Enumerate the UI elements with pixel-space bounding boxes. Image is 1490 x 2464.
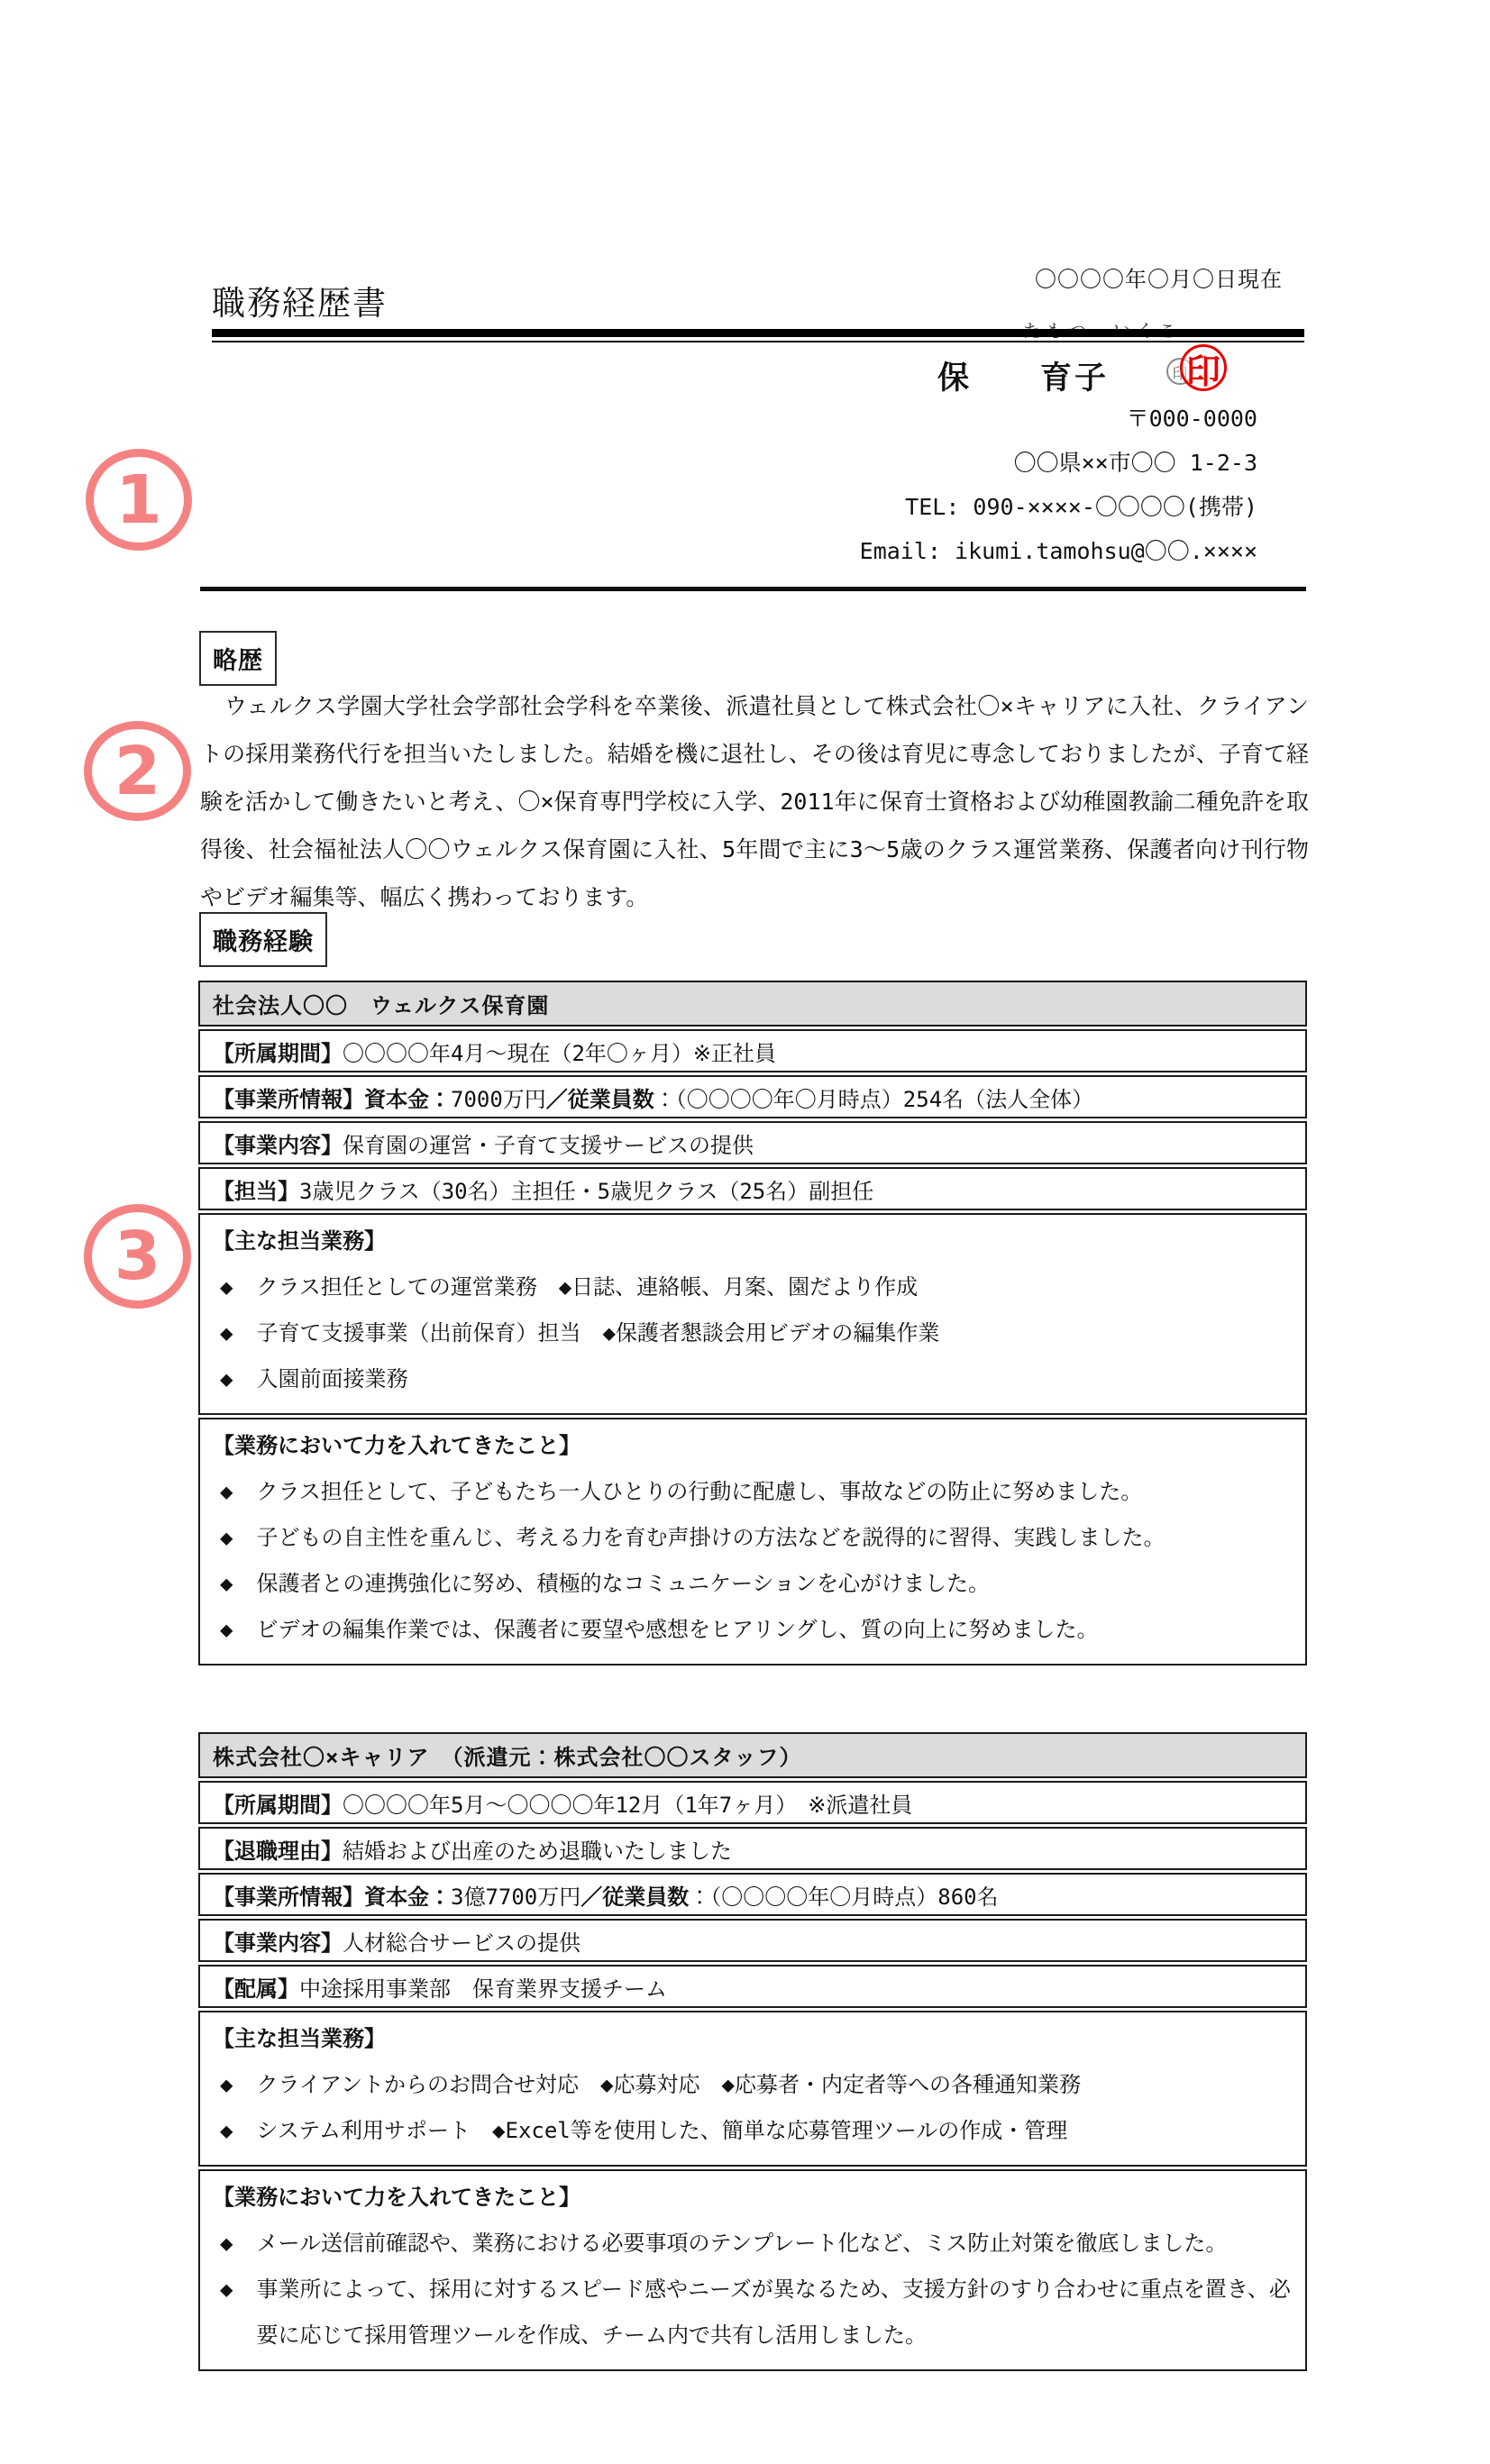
- table-row: 【事業所情報】資本金：7000万円／従業員数：（〇〇〇〇年〇月時点）254名（法…: [198, 1075, 1307, 1118]
- company-header-row: 株式会社〇×キャリア （派遣元：株式会社〇〇スタッフ）: [198, 1732, 1307, 1778]
- bullet-text: クラス担任としての運営業務 ◆日誌、連絡帳、月案、園だより作成: [256, 1264, 918, 1310]
- table-section-row: 【業務において力を入れてきたこと】◆クラス担任として、子どもたち一人ひとりの行動…: [198, 1418, 1307, 1665]
- table-section-row: 【業務において力を入れてきたこと】◆メール送信前確認や、業務における必要事項のテ…: [198, 2169, 1307, 2371]
- bullet-text: クライアントからのお問合せ対応 ◆応募対応 ◆応募者・内定者等への各種通知業務: [256, 2062, 1081, 2108]
- annotation-circle-1: 1: [86, 449, 192, 551]
- resume-page: 〇〇〇〇年〇月〇日現在 職務経歴書 たもつ いくこ 保 育子 印 印 〒000-…: [0, 0, 1490, 2464]
- table-row: 【退職理由】結婚および出産のため退職いたしました: [198, 1827, 1307, 1870]
- email-address: Email: ikumi.tamohsu@〇〇.××××: [860, 534, 1257, 566]
- bullet-line: ◆システム利用サポート ◆Excel等を使用した、簡単な応募管理ツールの作成・管…: [213, 2108, 1293, 2154]
- section-label: 【業務において力を入れてきたこと】: [213, 1423, 1293, 1469]
- postal-code: 〒000-0000: [1127, 401, 1257, 433]
- row-text-segment: 中途採用事業部 保育業界支援チーム: [299, 1971, 667, 2003]
- row-text-segment: 【配属】: [213, 1971, 299, 2003]
- bullet-text: メール送信前確認や、業務における必要事項のテンプレート化など、ミス防止対策を徹底…: [256, 2221, 1227, 2267]
- bullet-text: 子育て支援事業（出前保育）担当 ◆保護者懇談会用ビデオの編集作業: [256, 1310, 939, 1356]
- experience-tables: 社会法人〇〇 ウェルクス保育園【所属期間】〇〇〇〇年4月～現在（2年〇ヶ月）※正…: [198, 981, 1307, 2371]
- table-row: 【配属】中途採用事業部 保育業界支援チーム: [198, 1965, 1307, 2008]
- table-section-row: 【主な担当業務】◆クライアントからのお問合せ対応 ◆応募対応 ◆応募者・内定者等…: [198, 2011, 1307, 2167]
- row-text-segment: 従業員数: [602, 1879, 689, 1911]
- bullet-diamond-icon: ◆: [220, 1469, 233, 1515]
- row-text-segment: 資本金：: [364, 1081, 451, 1113]
- table-row: 【所属期間】〇〇〇〇年5月～〇〇〇〇年12月（1年7ヶ月） ※派遣社員: [198, 1781, 1307, 1824]
- bullet-line: ◆クライアントからのお問合せ対応 ◆応募対応 ◆応募者・内定者等への各種通知業務: [213, 2062, 1293, 2108]
- section-label: 【主な担当業務】: [213, 2016, 1293, 2062]
- bullet-line: ◆子育て支援事業（出前保育）担当 ◆保護者懇談会用ビデオの編集作業: [213, 1310, 1293, 1356]
- bullet-line: ◆ビデオの編集作業では、保護者に要望や感想をヒアリングし、質の向上に努めました。: [213, 1607, 1293, 1653]
- row-text-segment: 【所属期間】: [213, 1787, 343, 1819]
- summary-paragraph: ウェルクス学園大学社会学部社会学科を卒業後、派遣社員として株式会社〇×キャリアに…: [200, 682, 1309, 921]
- seal-area: 印 印: [1166, 344, 1233, 398]
- bullet-line: ◆クラス担任としての運営業務 ◆日誌、連絡帳、月案、園だより作成: [213, 1264, 1293, 1310]
- bullet-diamond-icon: ◆: [220, 1515, 233, 1561]
- row-text-segment: 【事業内容】: [213, 1925, 343, 1957]
- table-row: 【所属期間】〇〇〇〇年4月～現在（2年〇ヶ月）※正社員: [198, 1029, 1307, 1072]
- bullet-line: ◆入園前面接業務: [213, 1356, 1293, 1402]
- row-text-segment: ／: [580, 1879, 602, 1911]
- bullet-diamond-icon: ◆: [220, 2221, 233, 2267]
- bullet-text: 事業所によって、採用に対するスピード感やニーズが異なるため、支援方針のすり合わせ…: [256, 2267, 1293, 2359]
- row-text-segment: 結婚および出産のため退職いたしました: [343, 1833, 732, 1865]
- bullet-text: ビデオの編集作業では、保護者に要望や感想をヒアリングし、質の向上に努めました。: [256, 1607, 1098, 1653]
- row-text-segment: 【退職理由】: [213, 1833, 343, 1865]
- row-text-segment: 保育園の運営・子育て支援サービスの提供: [343, 1127, 754, 1159]
- row-text-segment: 【事業所情報】: [213, 1879, 364, 1911]
- bullet-text: システム利用サポート ◆Excel等を使用した、簡単な応募管理ツールの作成・管理: [256, 2108, 1067, 2154]
- row-text-segment: 資本金：: [364, 1879, 451, 1911]
- company-header-row: 社会法人〇〇 ウェルクス保育園: [198, 981, 1307, 1027]
- annotation-circle-2: 2: [84, 721, 191, 821]
- summary-section-label: 略歴: [199, 631, 277, 686]
- bullet-text: クラス担任として、子どもたち一人ひとりの行動に配慮し、事故などの防止に努めました…: [256, 1469, 1142, 1515]
- bullet-text: 子どもの自主性を重んじ、考える力を育む声掛けの方法などを説得的に習得、実践しまし…: [256, 1515, 1165, 1561]
- red-hanko-stamp-icon: 印: [1180, 344, 1227, 391]
- bullet-diamond-icon: ◆: [220, 2108, 233, 2154]
- row-text-segment: ：（〇〇〇〇年〇月時点）860名: [689, 1879, 998, 1911]
- bullet-diamond-icon: ◆: [220, 1264, 233, 1310]
- bullet-diamond-icon: ◆: [220, 2062, 233, 2108]
- row-text-segment: 従業員数: [568, 1081, 654, 1113]
- page-title: 職務経歴書: [212, 276, 388, 324]
- table-row: 【担当】3歳児クラス（30名）主担任・5歳児クラス（25名）副担任: [198, 1167, 1307, 1210]
- company-table: 株式会社〇×キャリア （派遣元：株式会社〇〇スタッフ）【所属期間】〇〇〇〇年5月…: [198, 1732, 1307, 2371]
- bullet-text: 入園前面接業務: [256, 1356, 407, 1402]
- address: 〇〇県××市〇〇 1-2-3: [1014, 445, 1257, 478]
- table-row: 【事業内容】人材総合サービスの提供: [198, 1919, 1307, 1962]
- table-row: 【事業所情報】資本金：3億7700万円／従業員数：（〇〇〇〇年〇月時点）860名: [198, 1873, 1307, 1916]
- row-text-segment: ／: [546, 1081, 568, 1113]
- section-label: 【業務において力を入れてきたこと】: [213, 2175, 1293, 2221]
- row-text-segment: 〇〇〇〇年5月～〇〇〇〇年12月（1年7ヶ月） ※派遣社員: [343, 1787, 912, 1819]
- row-text-segment: 〇〇〇〇年4月～現在（2年〇ヶ月）※正社員: [343, 1036, 776, 1067]
- bullet-text: 保護者との連携強化に努め、積極的なコミュニケーションを心がけました。: [256, 1561, 990, 1607]
- row-text-segment: 3億7700万円: [451, 1879, 580, 1911]
- bullet-line: ◆クラス担任として、子どもたち一人ひとりの行動に配慮し、事故などの防止に努めまし…: [213, 1469, 1293, 1515]
- row-text-segment: 人材総合サービスの提供: [343, 1925, 580, 1957]
- row-text-segment: 【事業所情報】: [213, 1081, 364, 1113]
- section-label: 【主な担当業務】: [213, 1218, 1293, 1264]
- row-text-segment: 3歳児クラス（30名）主担任・5歳児クラス（25名）副担任: [299, 1173, 873, 1205]
- bullet-diamond-icon: ◆: [220, 1356, 233, 1402]
- bullet-diamond-icon: ◆: [220, 1561, 233, 1607]
- row-text-segment: 【所属期間】: [213, 1036, 343, 1067]
- bullet-line: ◆メール送信前確認や、業務における必要事項のテンプレート化など、ミス防止対策を徹…: [213, 2221, 1293, 2267]
- company-table: 社会法人〇〇 ウェルクス保育園【所属期間】〇〇〇〇年4月～現在（2年〇ヶ月）※正…: [198, 981, 1307, 1665]
- current-date-note: 〇〇〇〇年〇月〇日現在: [1035, 261, 1283, 293]
- table-row: 【事業内容】保育園の運営・子育て支援サービスの提供: [198, 1121, 1307, 1164]
- bullet-diamond-icon: ◆: [220, 2267, 233, 2313]
- applicant-name: 保 育子: [937, 353, 1109, 398]
- bullet-diamond-icon: ◆: [220, 1310, 233, 1356]
- bullet-diamond-icon: ◆: [220, 1607, 233, 1653]
- row-text-segment: 【事業内容】: [213, 1127, 343, 1159]
- section-divider-rule: [200, 587, 1306, 591]
- bullet-line: ◆事業所によって、採用に対するスピード感やニーズが異なるため、支援方針のすり合わ…: [213, 2267, 1293, 2359]
- title-double-rule: [212, 329, 1304, 342]
- row-text-segment: 【担当】: [213, 1173, 299, 1205]
- row-text-segment: ：（〇〇〇〇年〇月時点）254名（法人全体）: [654, 1081, 1093, 1113]
- phone-number: TEL: 090-××××-〇〇〇〇(携帯): [905, 489, 1257, 522]
- experience-section-label: 職務経験: [199, 912, 327, 967]
- bullet-line: ◆保護者との連携強化に努め、積極的なコミュニケーションを心がけました。: [213, 1561, 1293, 1607]
- bullet-line: ◆子どもの自主性を重んじ、考える力を育む声掛けの方法などを説得的に習得、実践しま…: [213, 1515, 1293, 1561]
- row-text-segment: 7000万円: [451, 1081, 546, 1113]
- table-section-row: 【主な担当業務】◆クラス担任としての運営業務 ◆日誌、連絡帳、月案、園だより作成…: [198, 1213, 1307, 1415]
- annotation-circle-3: 3: [84, 1204, 191, 1309]
